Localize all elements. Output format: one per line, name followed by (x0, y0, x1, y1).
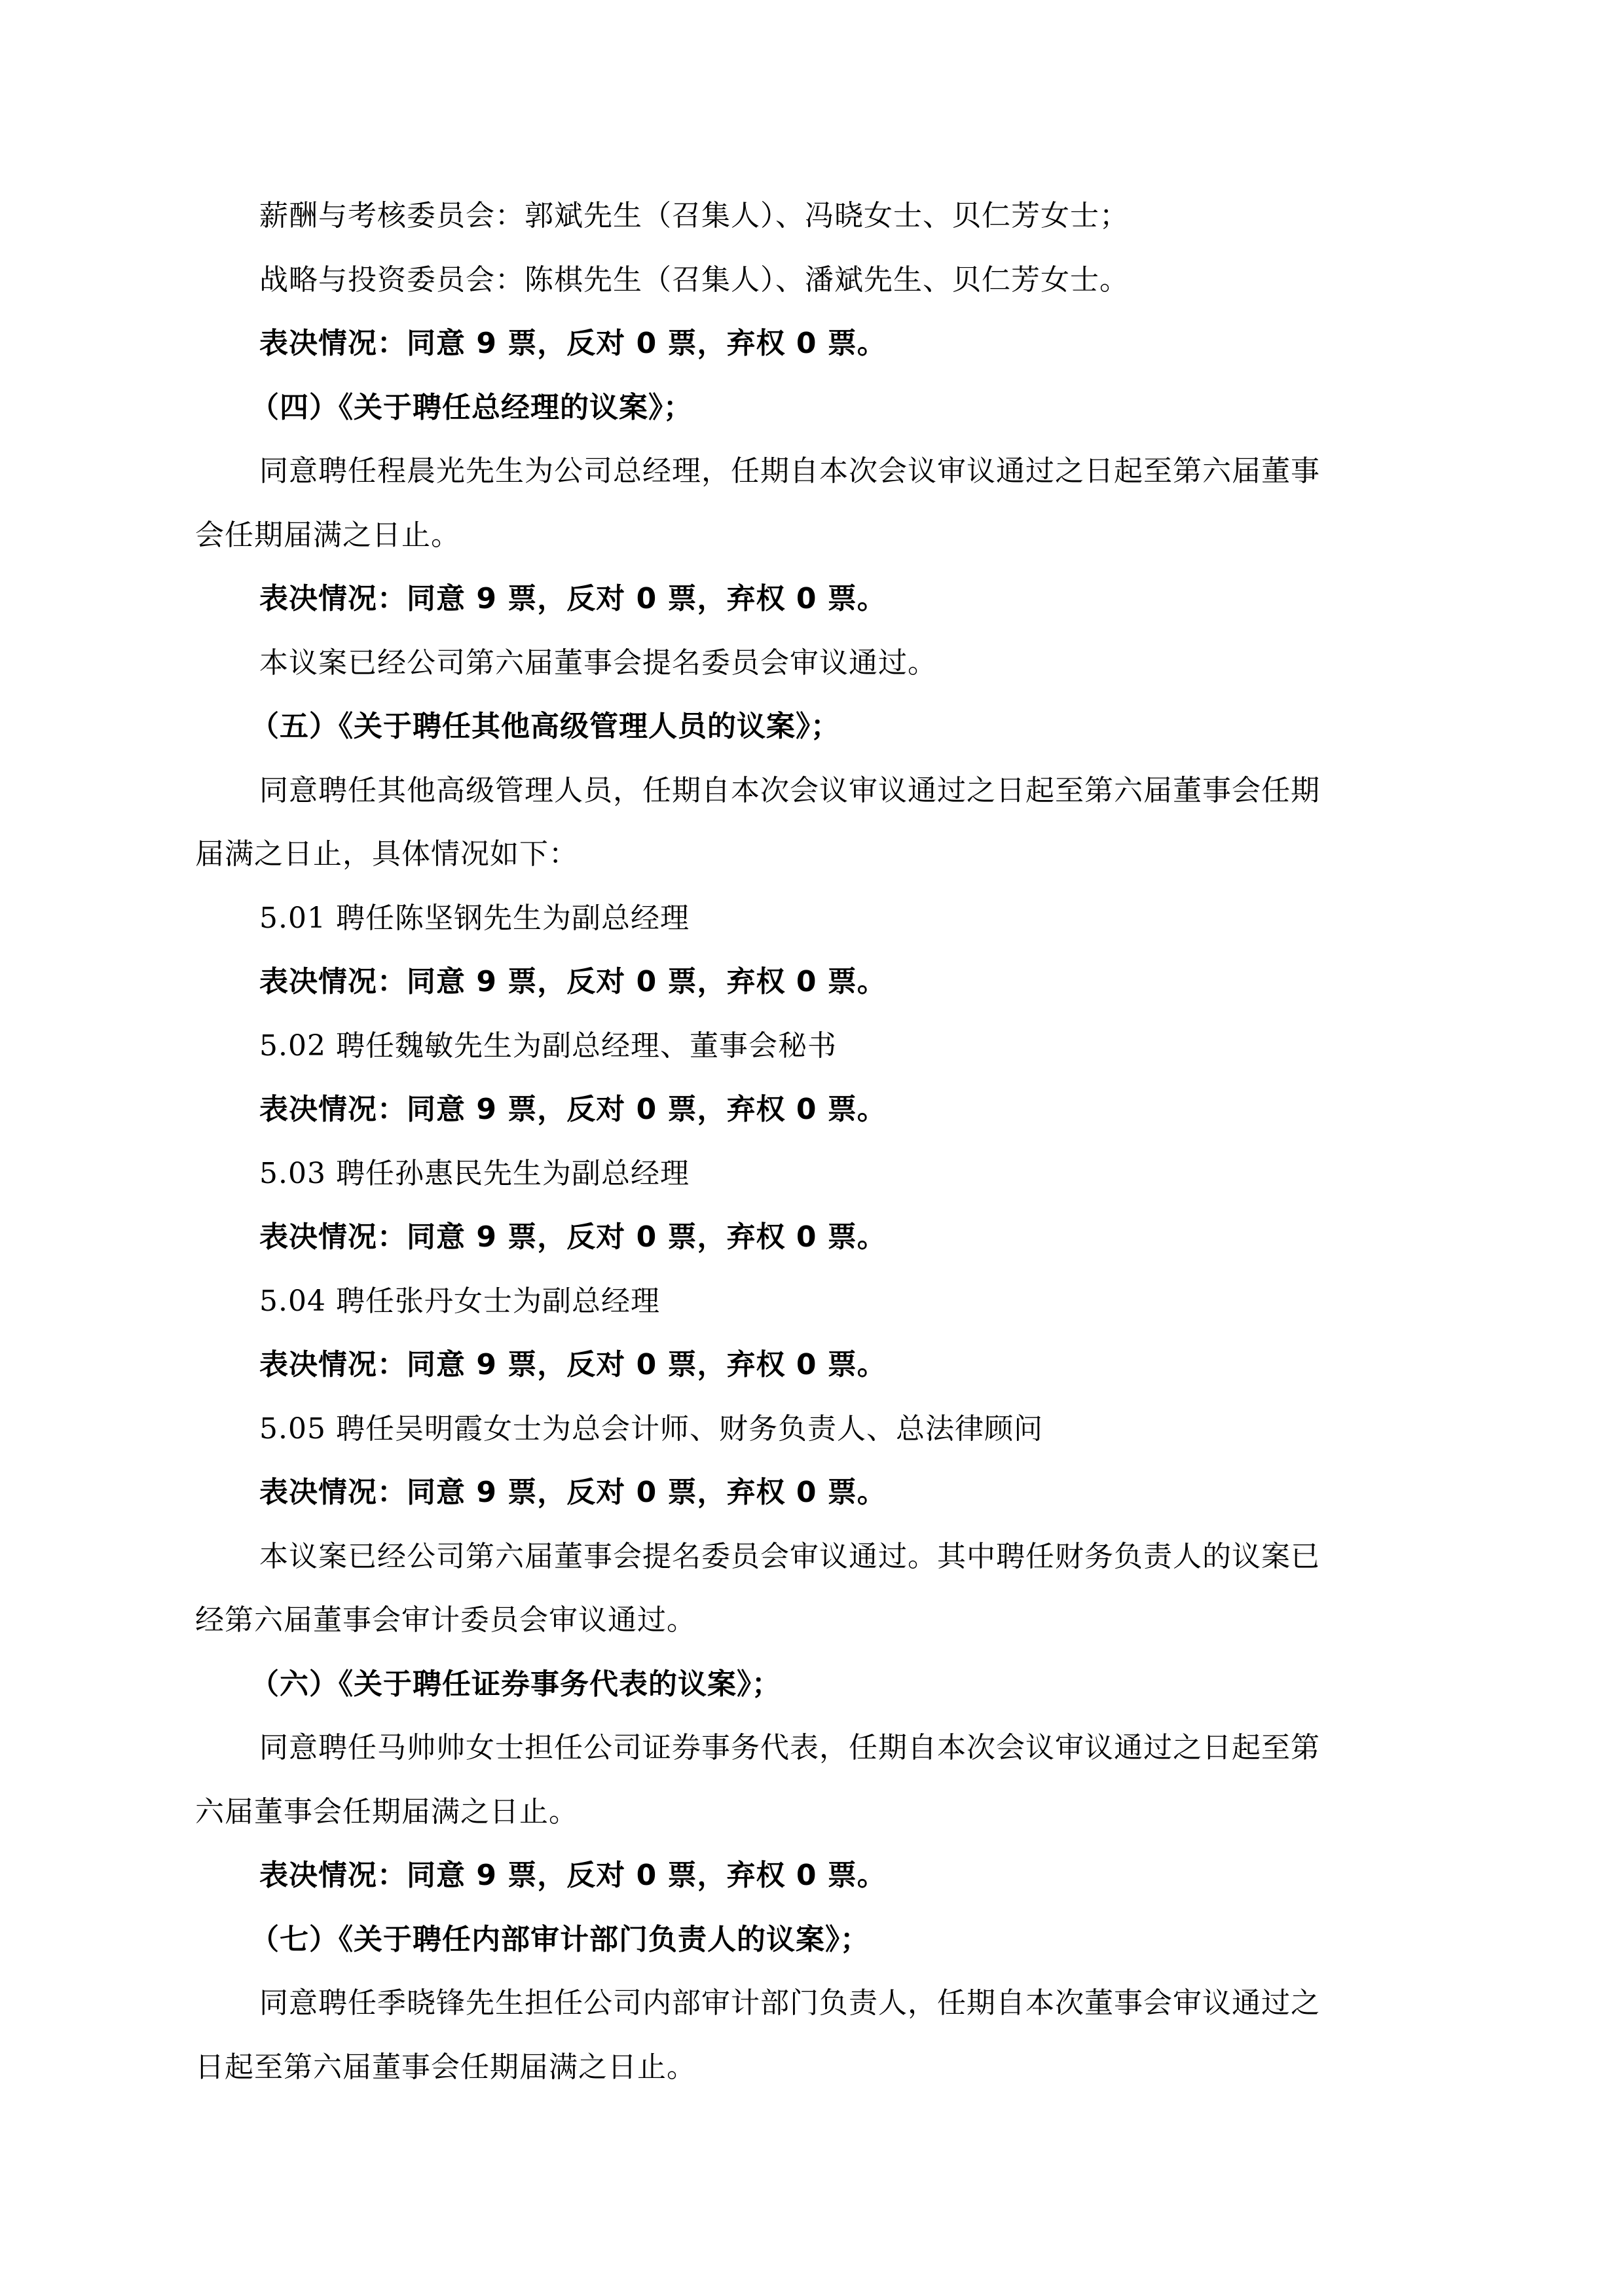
section-5-body-line2: 届满之日止，具体情况如下： (195, 835, 1439, 874)
strategy-committee-line: 战略与投资委员会：陈棋先生（召集人）、潘斌先生、贝仁芳女士。 (259, 261, 1504, 300)
appointment-item-5-03: 5.03 聘任孙惠民先生为副总经理 (259, 1154, 1504, 1194)
section-6-body-line1: 同意聘任马帅帅女士担任公司证券事务代表，任期自本次会议审议通过之日起至第 (259, 1728, 1504, 1768)
section-4-body-line2: 会任期届满之日止。 (195, 516, 1439, 555)
vote-result: 表决情况：同意 9 票，反对 0 票，弃权 0 票。 (259, 1345, 1504, 1385)
document-page: 薪酬与考核委员会：郭斌先生（召集人）、冯晓女士、贝仁芳女士； 战略与投资委员会：… (0, 0, 1624, 2296)
section-4-note: 本议案已经公司第六届董事会提名委员会审议通过。 (259, 644, 1504, 683)
section-7-title: （七）《关于聘任内部审计部门负责人的议案》； (250, 1920, 1494, 1959)
section-7-body-line1: 同意聘任季晓锋先生担任公司内部审计部门负责人，任期自本次董事会审议通过之 (259, 1984, 1504, 2023)
vote-result: 表决情况：同意 9 票，反对 0 票，弃权 0 票。 (259, 1473, 1504, 1512)
section-6-title: （六）《关于聘任证券事务代表的议案》； (250, 1665, 1494, 1704)
vote-result: 表决情况：同意 9 票，反对 0 票，弃权 0 票。 (259, 579, 1504, 619)
vote-result: 表决情况：同意 9 票，反对 0 票，弃权 0 票。 (259, 1090, 1504, 1129)
section-7-body-line2: 日起至第六届董事会任期届满之日止。 (195, 2048, 1439, 2087)
vote-result: 表决情况：同意 9 票，反对 0 票，弃权 0 票。 (259, 1218, 1504, 1257)
remuneration-committee-line: 薪酬与考核委员会：郭斌先生（召集人）、冯晓女士、贝仁芳女士； (259, 196, 1504, 236)
section-6-body-line2: 六届董事会任期届满之日止。 (195, 1793, 1439, 1832)
appointment-item-5-05: 5.05 聘任吴明霞女士为总会计师、财务负责人、总法律顾问 (259, 1410, 1504, 1449)
appointment-item-5-01: 5.01 聘任陈坚钢先生为副总经理 (259, 899, 1504, 938)
section-4-body-line1: 同意聘任程晨光先生为公司总经理，任期自本次会议审议通过之日起至第六届董事 (259, 452, 1504, 491)
appointment-item-5-04: 5.04 聘任张丹女士为副总经理 (259, 1282, 1504, 1321)
appointment-item-5-02: 5.02 聘任魏敏先生为副总经理、董事会秘书 (259, 1027, 1504, 1066)
vote-result: 表决情况：同意 9 票，反对 0 票，弃权 0 票。 (259, 962, 1504, 1002)
section-5-body-line1: 同意聘任其他高级管理人员，任期自本次会议审议通过之日起至第六届董事会任期 (259, 771, 1504, 811)
section-5-title: （五）《关于聘任其他高级管理人员的议案》； (250, 707, 1494, 746)
vote-result: 表决情况：同意 9 票，反对 0 票，弃权 0 票。 (259, 324, 1504, 363)
vote-result: 表决情况：同意 9 票，反对 0 票，弃权 0 票。 (259, 1856, 1504, 1895)
section-5-note-line2: 经第六届董事会审计委员会审议通过。 (195, 1601, 1439, 1640)
section-4-title: （四）《关于聘任总经理的议案》； (250, 388, 1494, 428)
section-5-note-line1: 本议案已经公司第六届董事会提名委员会审议通过。其中聘任财务负责人的议案已 (259, 1537, 1504, 1576)
